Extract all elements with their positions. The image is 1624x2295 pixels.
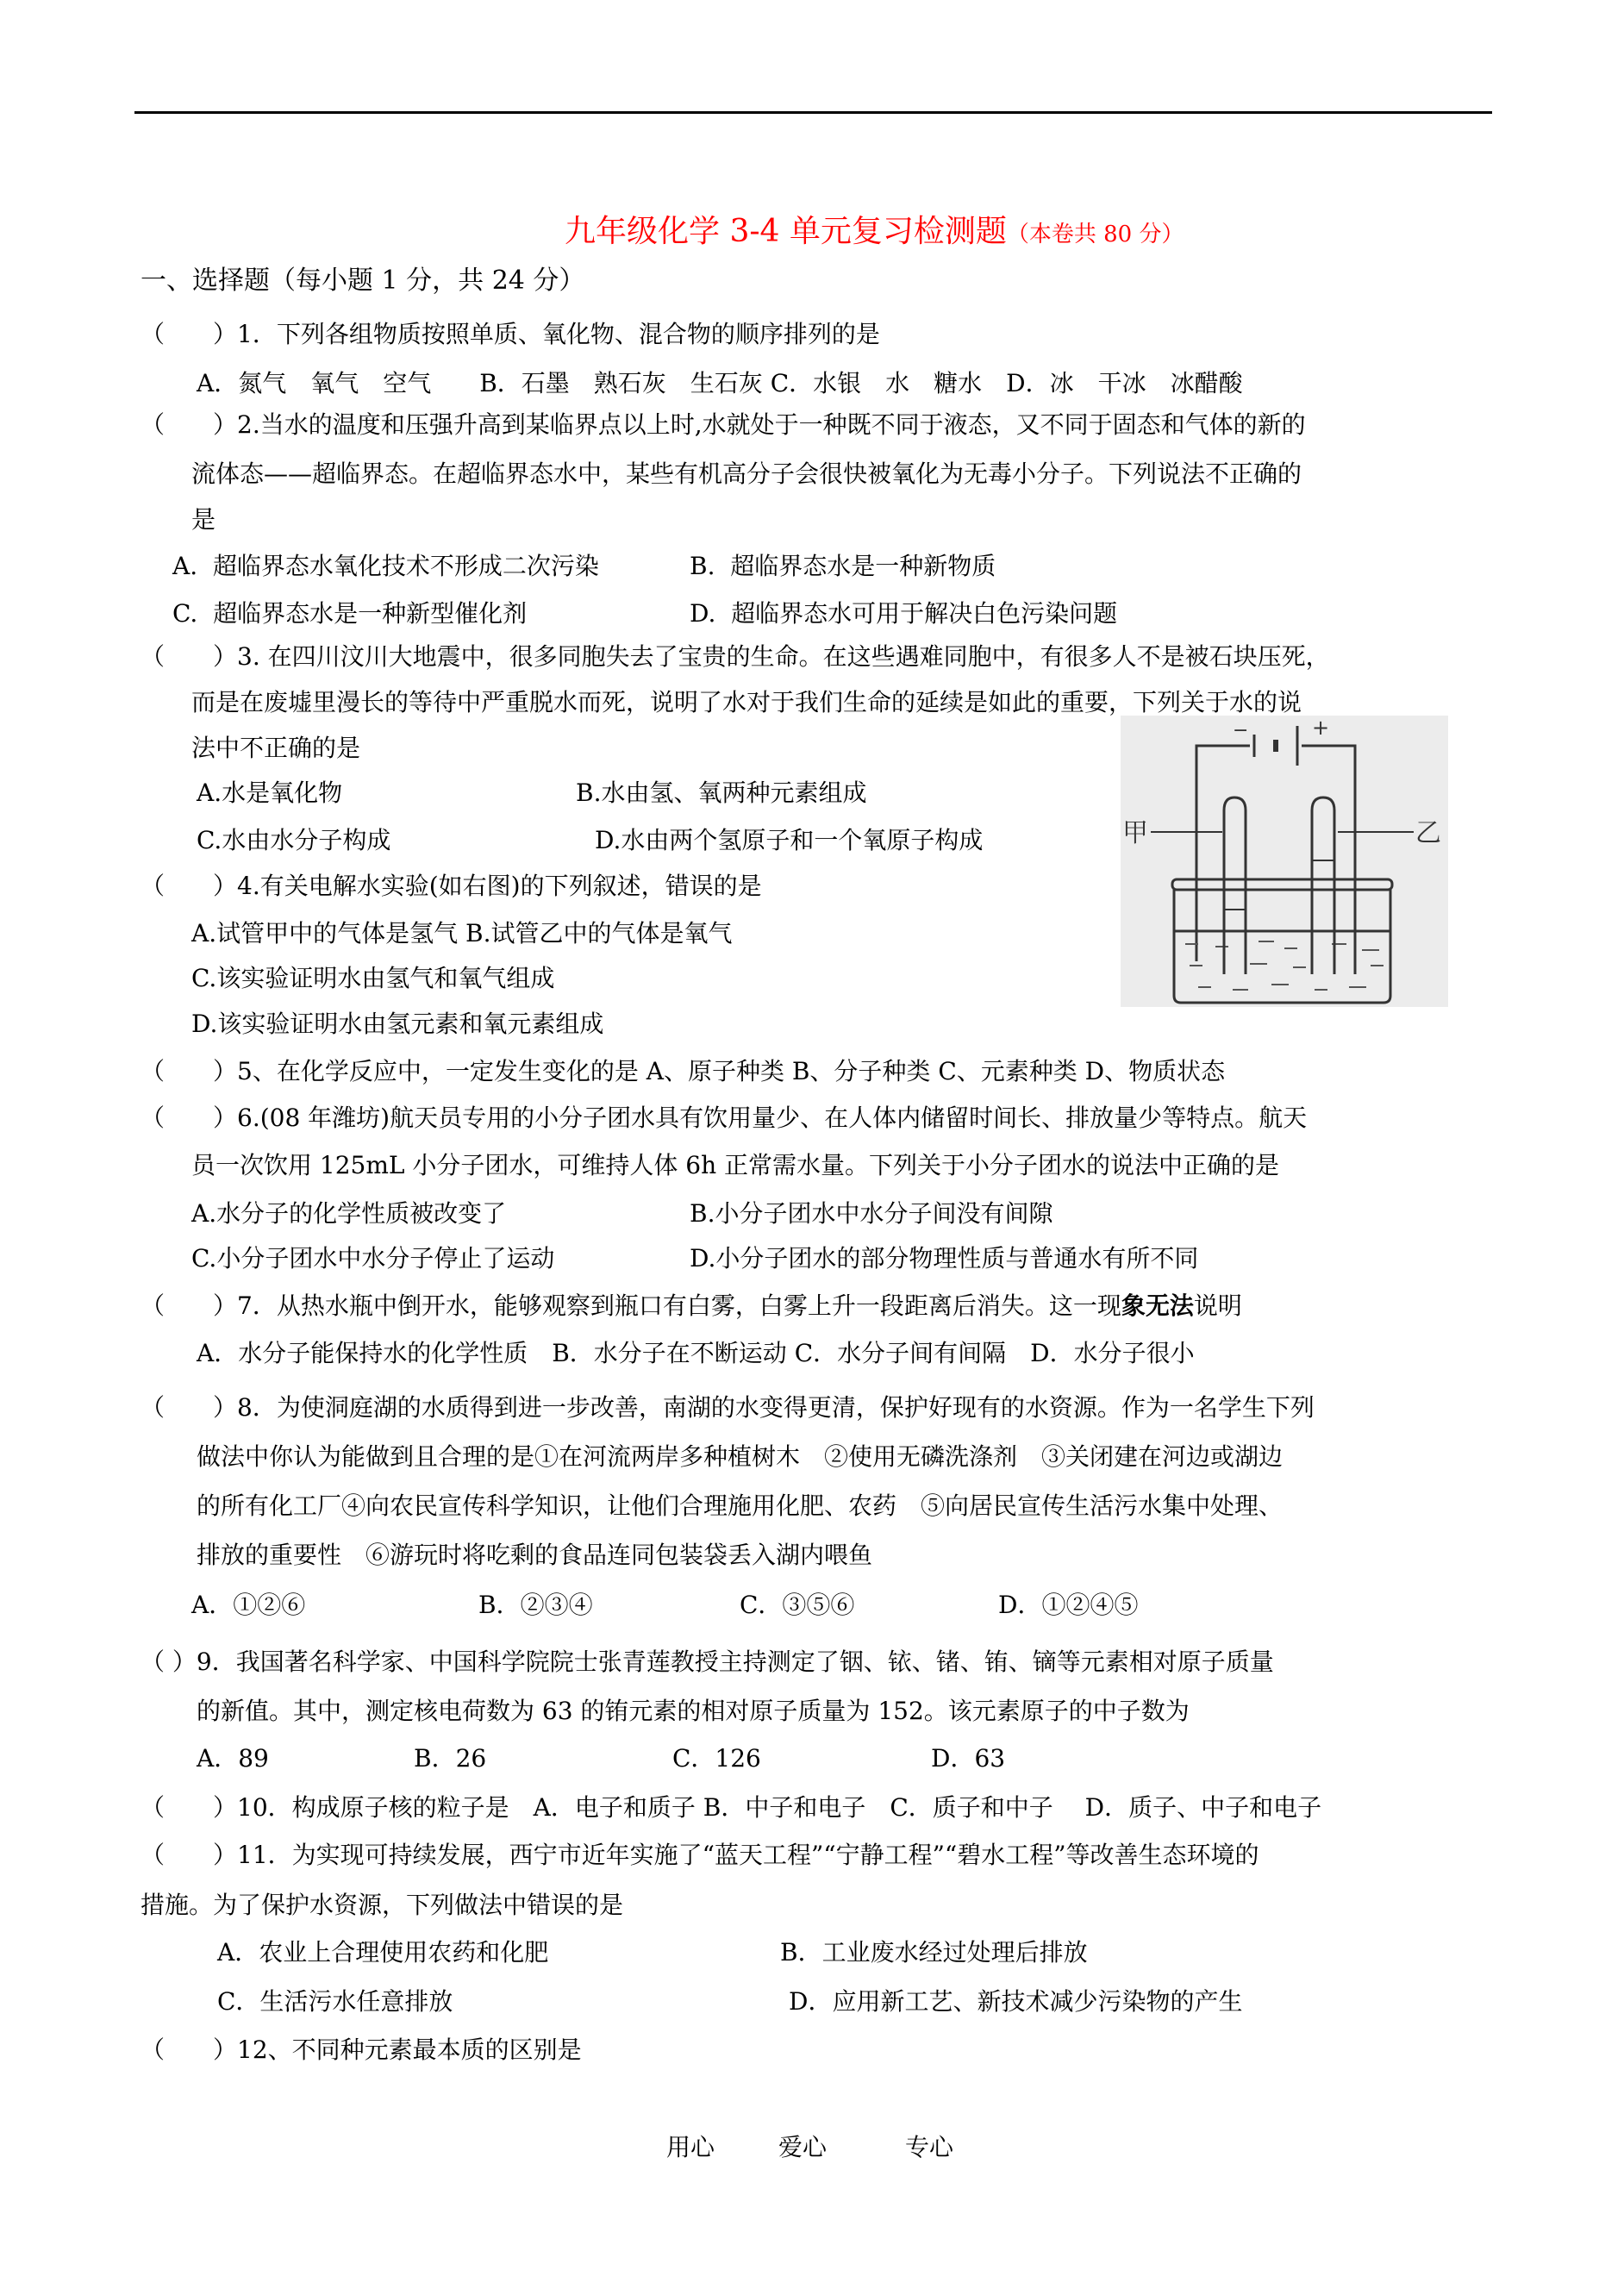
emphasis-text: 象无法	[1121, 1291, 1194, 1320]
question-text: 而是在废墟里漫长的等待中严重脱水而死，说明了水对于我们生命的延续是如此的重要，下…	[191, 688, 1302, 717]
question-text: （ ）3. 在四川汶川大地震中，很多同胞失去了宝贵的生命。在这些遇难同胞中，有很…	[141, 642, 1330, 672]
option-c: C.水由水分子构成	[197, 826, 390, 855]
footer-item: 专心	[905, 2133, 953, 2162]
electrolysis-apparatus-icon: − + 甲 乙	[1121, 716, 1448, 1007]
title-score-note: （本卷共 80 分）	[1007, 222, 1184, 247]
svg-text:+: +	[1312, 716, 1329, 740]
question-text: （ ）8．为使洞庭湖的水质得到进一步改善，南湖的水变得更清，保护好现有的水资源。…	[141, 1393, 1315, 1423]
option-a: A．农业上合理使用农药和化肥	[217, 1938, 548, 1967]
option-d: D．应用新工艺、新技术减少污染物的产生	[789, 1987, 1242, 2017]
footer-item: 爱心	[778, 2133, 827, 2162]
question-text: （ ）1．下列各组物质按照单质、氧化物、混合物的顺序排列的是	[141, 320, 880, 349]
page-title: 九年级化学 3-4 单元复习检测题（本卷共 80 分）	[565, 214, 1184, 253]
option-a: A．89	[197, 1744, 269, 1773]
question-text: （ ）4.有关电解水实验(如右图)的下列叙述，错误的是	[141, 872, 762, 901]
option-c: C．生活污水任意排放	[217, 1987, 453, 2017]
question-text: 的新值。其中，测定核电荷数为 63 的铕元素的相对原子质量为 152。该元素原子…	[197, 1697, 1190, 1726]
svg-text:甲: 甲	[1122, 818, 1148, 848]
footer-item: 用心	[666, 2133, 715, 2162]
question-text: 排放的重要性 ⑥游玩时将吃剩的食品连同包装袋丢入湖内喂鱼	[197, 1541, 872, 1570]
option-a: A. 超临界态水氧化技术不形成二次污染	[172, 552, 599, 581]
question-options: A．氮气 氧气 空气 B．石墨 熟石灰 生石灰 C．水银 水 糖水 D．冰 干冰…	[197, 369, 1243, 398]
option-b: B. 超临界态水是一种新物质	[690, 552, 996, 581]
option-d: D.该实验证明水由氢元素和氧元素组成	[191, 1010, 603, 1039]
question-text: （ ）10．构成原子核的粒子是 A．电子和质子 B．中子和电子 C．质子和中子 …	[141, 1793, 1321, 1823]
title-main: 九年级化学 3-4 单元复习检测题	[565, 214, 1007, 249]
option-c: C．126	[672, 1744, 761, 1773]
question-text: 流体态——超临界态。在超临界态水中，某些有机高分子会很快被氧化为无毒小分子。下列…	[191, 460, 1302, 489]
question-text: 做法中你认为能做到且合理的是①在河流两岸多种植树木 ②使用无磷洗涤剂 ③关闭建在…	[197, 1442, 1283, 1472]
option-a: A．①②⑥	[191, 1591, 305, 1620]
option-a: A.水是氧化物	[197, 779, 342, 808]
question-text: 的所有化工厂④向农民宣传科学知识，让他们合理施用化肥、农药 ⑤向居民宣传生活污水…	[197, 1491, 1283, 1521]
option-b: B．②③④	[478, 1591, 593, 1620]
question-text: 是	[191, 505, 215, 535]
question-text: （ ）9．我国著名科学家、中国科学院院士张青莲教授主持测定了铟、铱、锗、铕、镝等…	[141, 1648, 1274, 1677]
section-heading: 一、选择题（每小题 1 分，共 24 分）	[141, 266, 584, 296]
option-d: D. 超临界态水可用于解决白色污染问题	[690, 599, 1117, 628]
option-ab: A.试管甲中的气体是氢气 B.试管乙中的气体是氧气	[191, 919, 733, 948]
question-text: 法中不正确的是	[191, 734, 360, 763]
question-text: （ ）12、不同种元素最本质的区别是	[141, 2035, 582, 2065]
question-text: （ ）5、在化学反应中，一定发生变化的是 A、原子种类 B、分子种类 C、元素种…	[141, 1057, 1225, 1086]
question-options: A．水分子能保持水的化学性质 B．水分子在不断运动 C．水分子间有间隔 D．水分…	[197, 1339, 1195, 1368]
option-d: D.水由两个氢原子和一个氧原子构成	[595, 826, 983, 855]
option-c: C.该实验证明水由氢气和氧气组成	[191, 964, 554, 993]
question-text: （ ）7．从热水瓶中倒开水，能够观察到瓶口有白雾，白雾上升一段距离后消失。这一现…	[141, 1291, 1242, 1321]
option-d: D．63	[931, 1744, 1005, 1773]
svg-text:乙: 乙	[1415, 818, 1441, 848]
question-text: 员一次饮用 125mL 小分子团水，可维持人体 6h 正常需水量。下列关于小分子…	[191, 1151, 1279, 1180]
option-b: B．工业废水经过处理后排放	[780, 1938, 1088, 1967]
option-b: B.小分子团水中水分子间没有间隙	[690, 1199, 1052, 1229]
option-b: B．26	[414, 1744, 486, 1773]
electrolysis-diagram: − + 甲 乙	[1121, 716, 1448, 1007]
question-text: （ ）6.(08 年潍坊)航天员专用的小分子团水具有饮用量少、在人体内储留时间长…	[141, 1104, 1307, 1133]
header-rule	[134, 111, 1492, 114]
option-c: C. 超临界态水是一种新型催化剂	[172, 599, 527, 628]
option-d: D．①②④⑤	[998, 1591, 1138, 1620]
option-b: B.水由氢、氧两种元素组成	[576, 779, 866, 808]
option-c: C．③⑤⑥	[740, 1591, 854, 1620]
svg-text:−: −	[1233, 720, 1248, 741]
option-c: C.小分子团水中水分子停止了运动	[191, 1244, 554, 1273]
question-text: （ ）11．为实现可持续发展，西宁市近年实施了“蓝天工程”“宁静工程”“碧水工程…	[141, 1841, 1259, 1870]
question-text: （ ）2.当水的温度和压强升高到某临界点以上时,水就处于一种既不同于液态，又不同…	[141, 410, 1306, 440]
option-a: A.水分子的化学性质被改变了	[191, 1199, 506, 1229]
question-text: 措施。为了保护水资源，下列做法中错误的是	[141, 1891, 623, 1920]
option-d: D.小分子团水的部分物理性质与普通水有所不同	[690, 1244, 1198, 1273]
